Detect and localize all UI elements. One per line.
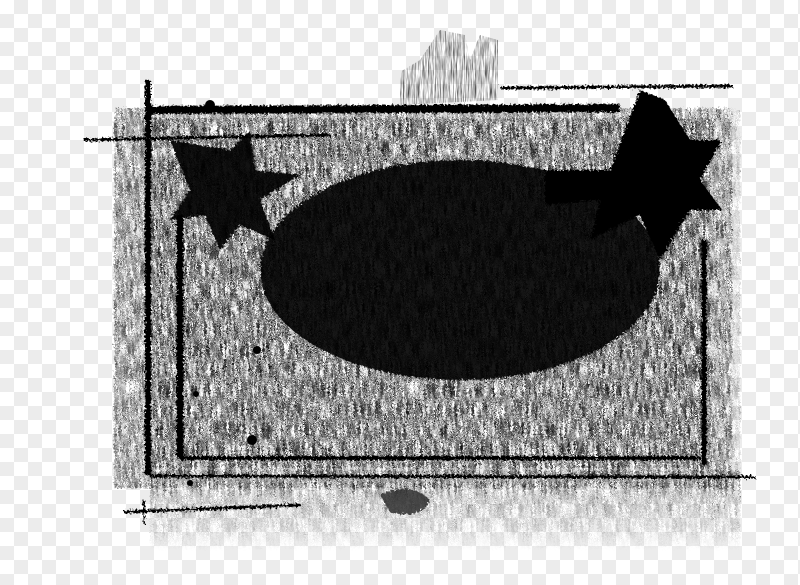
grunge-frame-artwork <box>0 0 800 585</box>
top-spikes <box>400 30 498 105</box>
